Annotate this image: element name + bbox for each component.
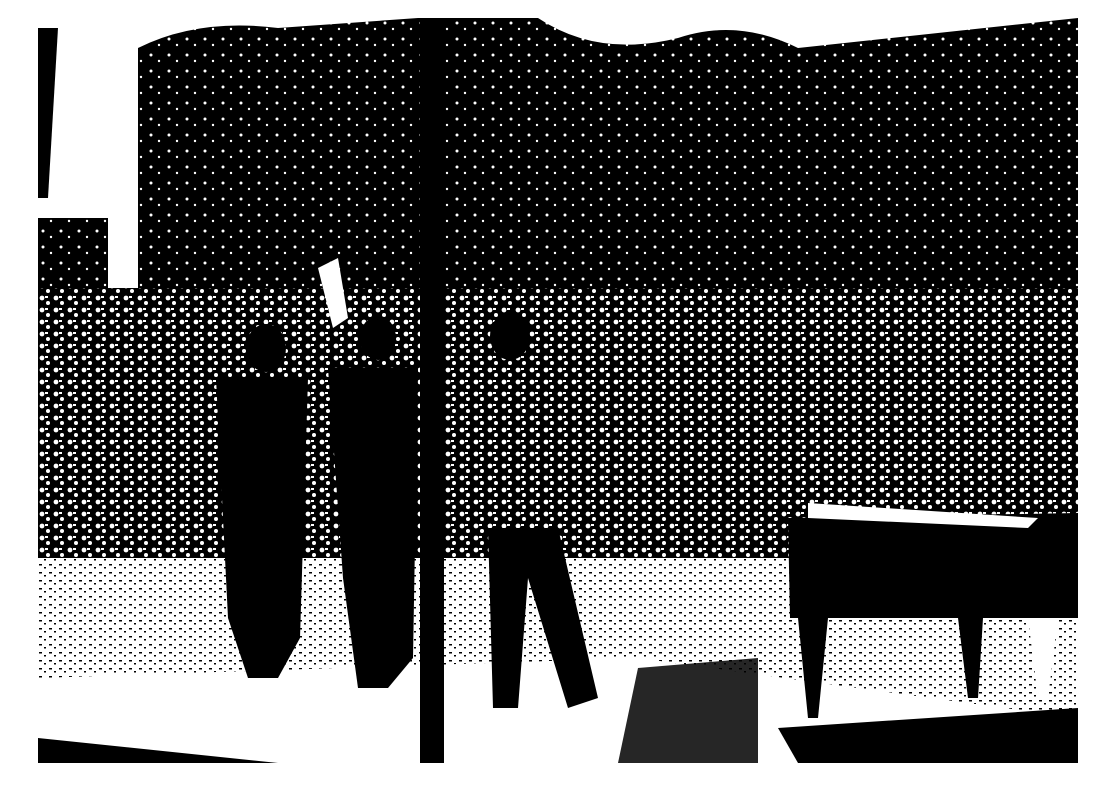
trees [38, 18, 1078, 318]
concert-photograph [38, 18, 1078, 763]
pole [420, 18, 444, 763]
photo-image [38, 18, 1078, 763]
